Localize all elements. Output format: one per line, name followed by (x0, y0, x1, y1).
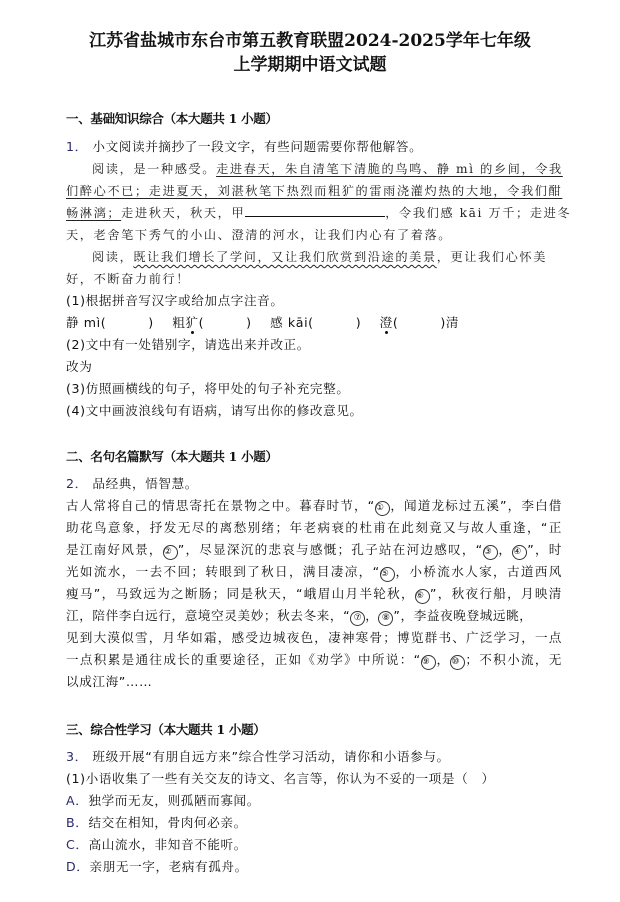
passage-line-4: 天，老舍笔下秀气的小山、澄清的河水，让我们内心有了着落。 (66, 226, 562, 244)
poem-line-4: 光如流水，一去不回；转眼到了秋日，满目凄凉，“⑤，小桥流水人家，古道西风 (66, 563, 562, 582)
section-1-heading: 一、基础知识综合（本大题共 1 小题） (66, 110, 278, 128)
blank-marker-6[interactable]: ⑥ (415, 589, 430, 604)
dotted-character: 犷 (185, 315, 198, 330)
dotted-character: 澄 (380, 315, 393, 330)
passage-line-6: 好，不断奋力前行！ (66, 270, 562, 288)
pinyin-item-1: 静 mì() (66, 315, 154, 330)
poem-line-6: 江，陪伴李白远行，意境空灵美妙；秋去冬来，“⑦，⑧”，李益夜晚登城远眺， (66, 607, 562, 626)
poem-line-8: 一点积累是通往成长的重要途径，正如《劝学》中所说：“⑨，⑩；不积小流，无 (66, 651, 562, 670)
option-a[interactable]: A．独学而无友，则孤陋而寡闻。 (66, 792, 562, 810)
question-text: 班级开展“有朋自远方来”综合性学习活动，请你和小语参与。 (92, 749, 449, 764)
title-line-1: 江苏省盐城市东台市第五教育联盟2024-2025学年七年级 (0, 29, 620, 53)
option-text: 亲朋无一字，老病有孤舟。 (90, 859, 248, 874)
passage-line-1: 阅读，是一种感受。走进春天，朱自清笔下清脆的鸟鸣、静 mì 的乡间，令我 (66, 160, 562, 178)
option-text: 独学而无友，则孤陋而寡闻。 (88, 793, 260, 808)
option-label: C． (66, 837, 89, 852)
question-number: 1． (66, 139, 88, 154)
pinyin-item-3: 感 kāi() (270, 315, 361, 330)
option-d[interactable]: D．亲朋无一字，老病有孤舟。 (66, 858, 562, 876)
sub-question-3: (3)仿照画横线的句子，将甲处的句子补充完整。 (66, 380, 562, 398)
question-number: 2． (66, 476, 88, 491)
poem-line-1: 古人常将自己的情思寄托在景物之中。暮春时节，“①，闻道龙标过五溪”，李白借 (66, 497, 562, 516)
poem-line-3: 是江南好风景，②”，尽显深沉的悲哀与感慨；孔子站在河边感叹，“③，④”，时 (66, 541, 562, 560)
blank-marker-4[interactable]: ④ (512, 545, 527, 560)
pinyin-item-4: 澄()清 (380, 315, 459, 330)
wavy-underlined-sentence: 既让我们增长了学问，又让我们欣赏到沿途的美景 (133, 250, 436, 264)
title-line-2: 上学期期中语文试题 (0, 53, 620, 77)
poem-line-2: 助花鸟意象，抒发无尽的离愁别绪；年老病衰的杜甫在此刻竟又与故人重逢，“正 (66, 519, 562, 537)
question-text: 小文阅读并摘抄了一段文字，有些问题需要你帮他解答。 (92, 139, 422, 154)
option-b[interactable]: B．结交在相知，骨肉何必亲。 (66, 814, 562, 832)
question-2-prompt: 2． 品经典，悟智慧。 (66, 475, 562, 493)
poem-line-7: 见到大漠似雪，月华如霜，感受边城夜色，凄神寒骨；博览群书、广泛学习，一点 (66, 629, 562, 647)
poem-line-9: 以成江海”…… (66, 673, 562, 691)
blank-marker-5[interactable]: ⑤ (380, 567, 395, 582)
question-3-prompt: 3． 班级开展“有朋自远方来”综合性学习活动，请你和小语参与。 (66, 748, 562, 766)
option-text: 结交在相知，骨肉何必亲。 (88, 815, 246, 830)
section-3-heading: 三、综合性学习（本大题共 1 小题） (66, 721, 266, 739)
passage-text: ，更让我们心怀美 (437, 250, 547, 264)
section-2-heading: 二、名句名篇默写（本大题共 1 小题） (66, 448, 278, 466)
option-text: 高山流水，非知音不能听。 (89, 837, 247, 852)
passage-text: 阅读，是一种感受。 (92, 162, 216, 176)
passage-line-2: 们醉心不已；走进夏天，刘湛秋笔下热烈而粗犷的雷雨浇灌灼热的大地，令我们酣 (66, 182, 562, 200)
pinyin-item-2: 粗犷() (172, 315, 251, 330)
passage-text: 走进秋天，秋天，甲 (121, 206, 245, 220)
option-label: B． (66, 815, 88, 830)
blank-marker-3[interactable]: ③ (483, 545, 498, 560)
blank-marker-9[interactable]: ⑨ (421, 655, 436, 670)
underlined-sentence: 畅淋漓； (66, 206, 121, 220)
fill-blank-jia[interactable] (245, 204, 385, 217)
correction-label: 改为 (66, 358, 562, 376)
blank-marker-7[interactable]: ⑦ (350, 611, 365, 626)
blank-marker-8[interactable]: ⑧ (378, 611, 393, 626)
poem-line-5: 瘦马”，马致远为之断肠；同是秋天，“峨眉山月半轮秋，⑥”，秋夜行船，月映清 (66, 585, 562, 604)
question-1-prompt: 1． 小文阅读并摘抄了一段文字，有些问题需要你帮他解答。 (66, 138, 562, 156)
underlined-sentence: 们醉心不已；走进夏天，刘湛秋笔下热烈而粗犷的雷雨浇灌灼热的大地，令我们酣 (66, 184, 562, 198)
underlined-sentence: 走进春天，朱自清笔下清脆的鸟鸣、静 mì 的乡间，令我 (216, 162, 563, 176)
blank-marker-1[interactable]: ① (375, 501, 390, 516)
option-c[interactable]: C．高山流水，非知音不能听。 (66, 836, 562, 854)
sub-question-3-1: (1)小语收集了一些有关交友的诗文、名言等，你认为不妥的一项是（ ） (66, 770, 562, 788)
option-label: D． (66, 859, 90, 874)
blank-marker-10[interactable]: ⑩ (450, 655, 465, 670)
blank-marker-2[interactable]: ② (163, 545, 178, 560)
passage-text: ，令我们感 kāi 万千；走进冬 (385, 206, 571, 220)
sub-question-1: (1)根据拼音写汉字或给加点字注音。 (66, 292, 562, 310)
pinyin-row: 静 mì() 粗犷() 感 kāi() 澄()清 (66, 314, 562, 332)
sub-question-4: (4)文中画波浪线句有语病，请写出你的修改意见。 (66, 402, 562, 420)
passage-line-3: 畅淋漓；走进秋天，秋天，甲，令我们感 kāi 万千；走进冬 (66, 204, 562, 222)
question-number: 3． (66, 749, 88, 764)
question-text: 品经典，悟智慧。 (92, 476, 198, 491)
option-label: A． (66, 793, 88, 808)
passage-line-5: 阅读，既让我们增长了学问，又让我们欣赏到沿途的美景，更让我们心怀美 (66, 248, 562, 266)
sub-question-2: (2)文中有一处错别字，请选出来并改正。 (66, 336, 562, 354)
passage-text: 阅读， (92, 250, 133, 264)
